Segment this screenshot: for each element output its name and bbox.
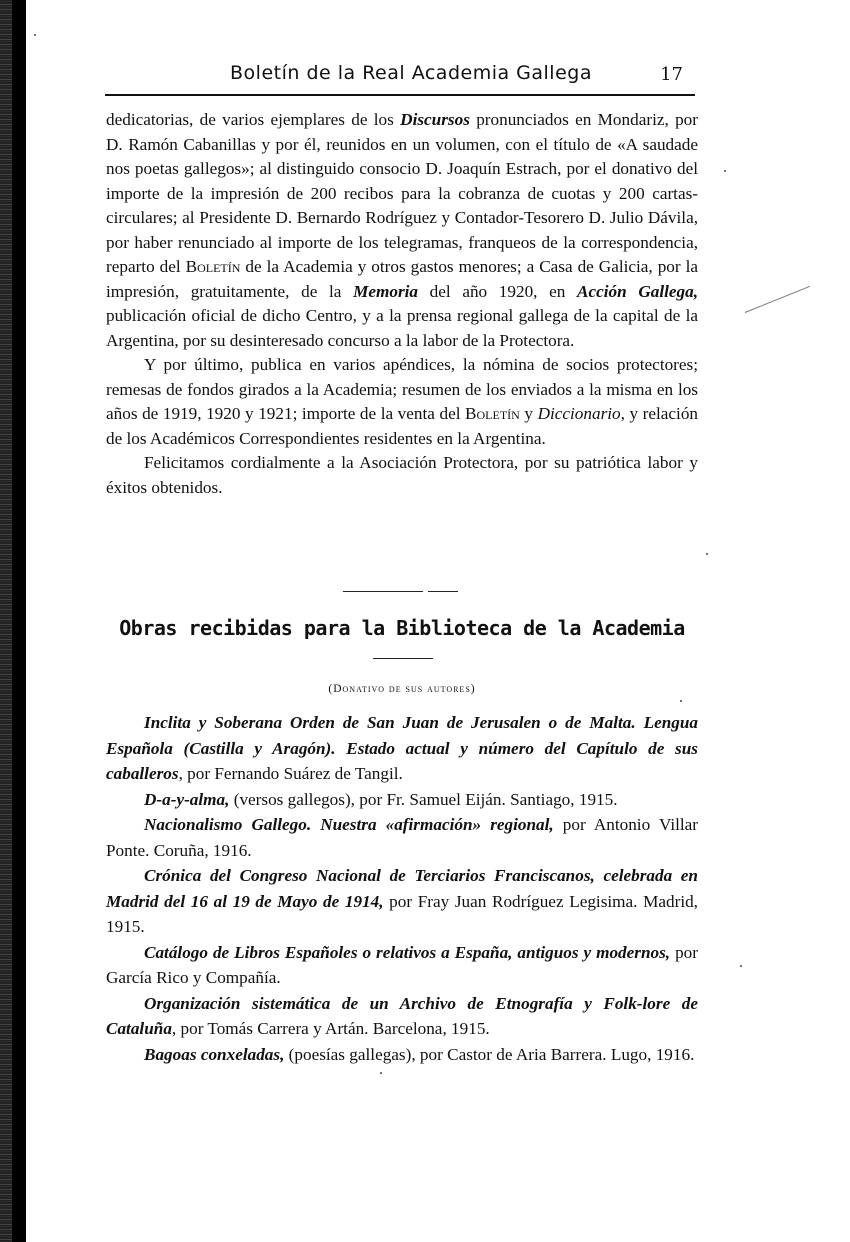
paragraph-2: Y por último, publica en varios apéndice… [106,353,698,451]
book-binding-shadow [0,0,26,1242]
work-title: Bagoas conxeladas, [144,1045,284,1064]
scan-speck [34,34,36,36]
page-number: 17 [660,64,683,85]
scan-speck [740,965,742,967]
italic-title: Memoria [353,282,418,301]
work-title: Catálogo de Libros Españoles o relativos… [144,943,670,962]
section-subtitle: (Donativo de sus autores) [106,683,698,695]
scan-speck [380,1072,382,1074]
running-header-title: Boletín de la Real Academia Gallega [230,62,592,84]
separator-rule [428,591,458,592]
italic-title: Acción Gallega, [577,282,698,301]
work-entry: Bagoas conxeladas, (poesías gallegas), p… [106,1042,698,1068]
work-details: (poesías gallegas), por Castor de Aria B… [284,1045,694,1064]
work-entry: Inclita y Soberana Orden de San Juan de … [106,710,698,787]
italic-title: Diccionario [538,404,621,423]
work-entry: Catálogo de Libros Españoles o relativos… [106,940,698,991]
section-title: Obras recibidas para la Biblioteca de la… [106,616,698,640]
work-details: (versos gallegos), por Fr. Samuel Eiján.… [229,790,617,809]
main-text: dedicatorias, de varios ejemplares de lo… [106,108,698,500]
running-header: Boletín de la Real Academia Gallega 17 [105,62,695,96]
scan-artifact-line [745,286,810,313]
work-entry: Crónica del Congreso Nacional de Terciar… [106,863,698,940]
paragraph-1: dedicatorias, de varios ejemplares de lo… [106,108,698,353]
scan-speck [680,700,682,702]
work-details: , por Fernando Suárez de Tangil. [179,764,403,783]
smallcaps-title: Boletín [186,257,241,276]
title-underline-rule [373,658,433,659]
paragraph-3: Felicitamos cordialmente a la Asociación… [106,451,698,500]
separator-rule [343,591,423,592]
work-entry: Organización sistemática de un Archivo d… [106,991,698,1042]
scan-speck [706,553,708,555]
work-title: D-a-y-alma, [144,790,229,809]
smallcaps-title: Boletín [465,404,520,423]
scan-speck [724,170,726,172]
italic-title: Discursos [400,110,470,129]
work-entry: Nacionalismo Gallego. Nuestra «afirmació… [106,812,698,863]
work-entry: D-a-y-alma, (versos gallegos), por Fr. S… [106,787,698,813]
work-details: , por Tomás Carrera y Artán. Barcelona, … [172,1019,490,1038]
binding-gutter [12,0,26,1242]
works-list: Inclita y Soberana Orden de San Juan de … [106,710,698,1067]
work-title: Nacionalismo Gallego. Nuestra «afirmació… [144,815,554,834]
